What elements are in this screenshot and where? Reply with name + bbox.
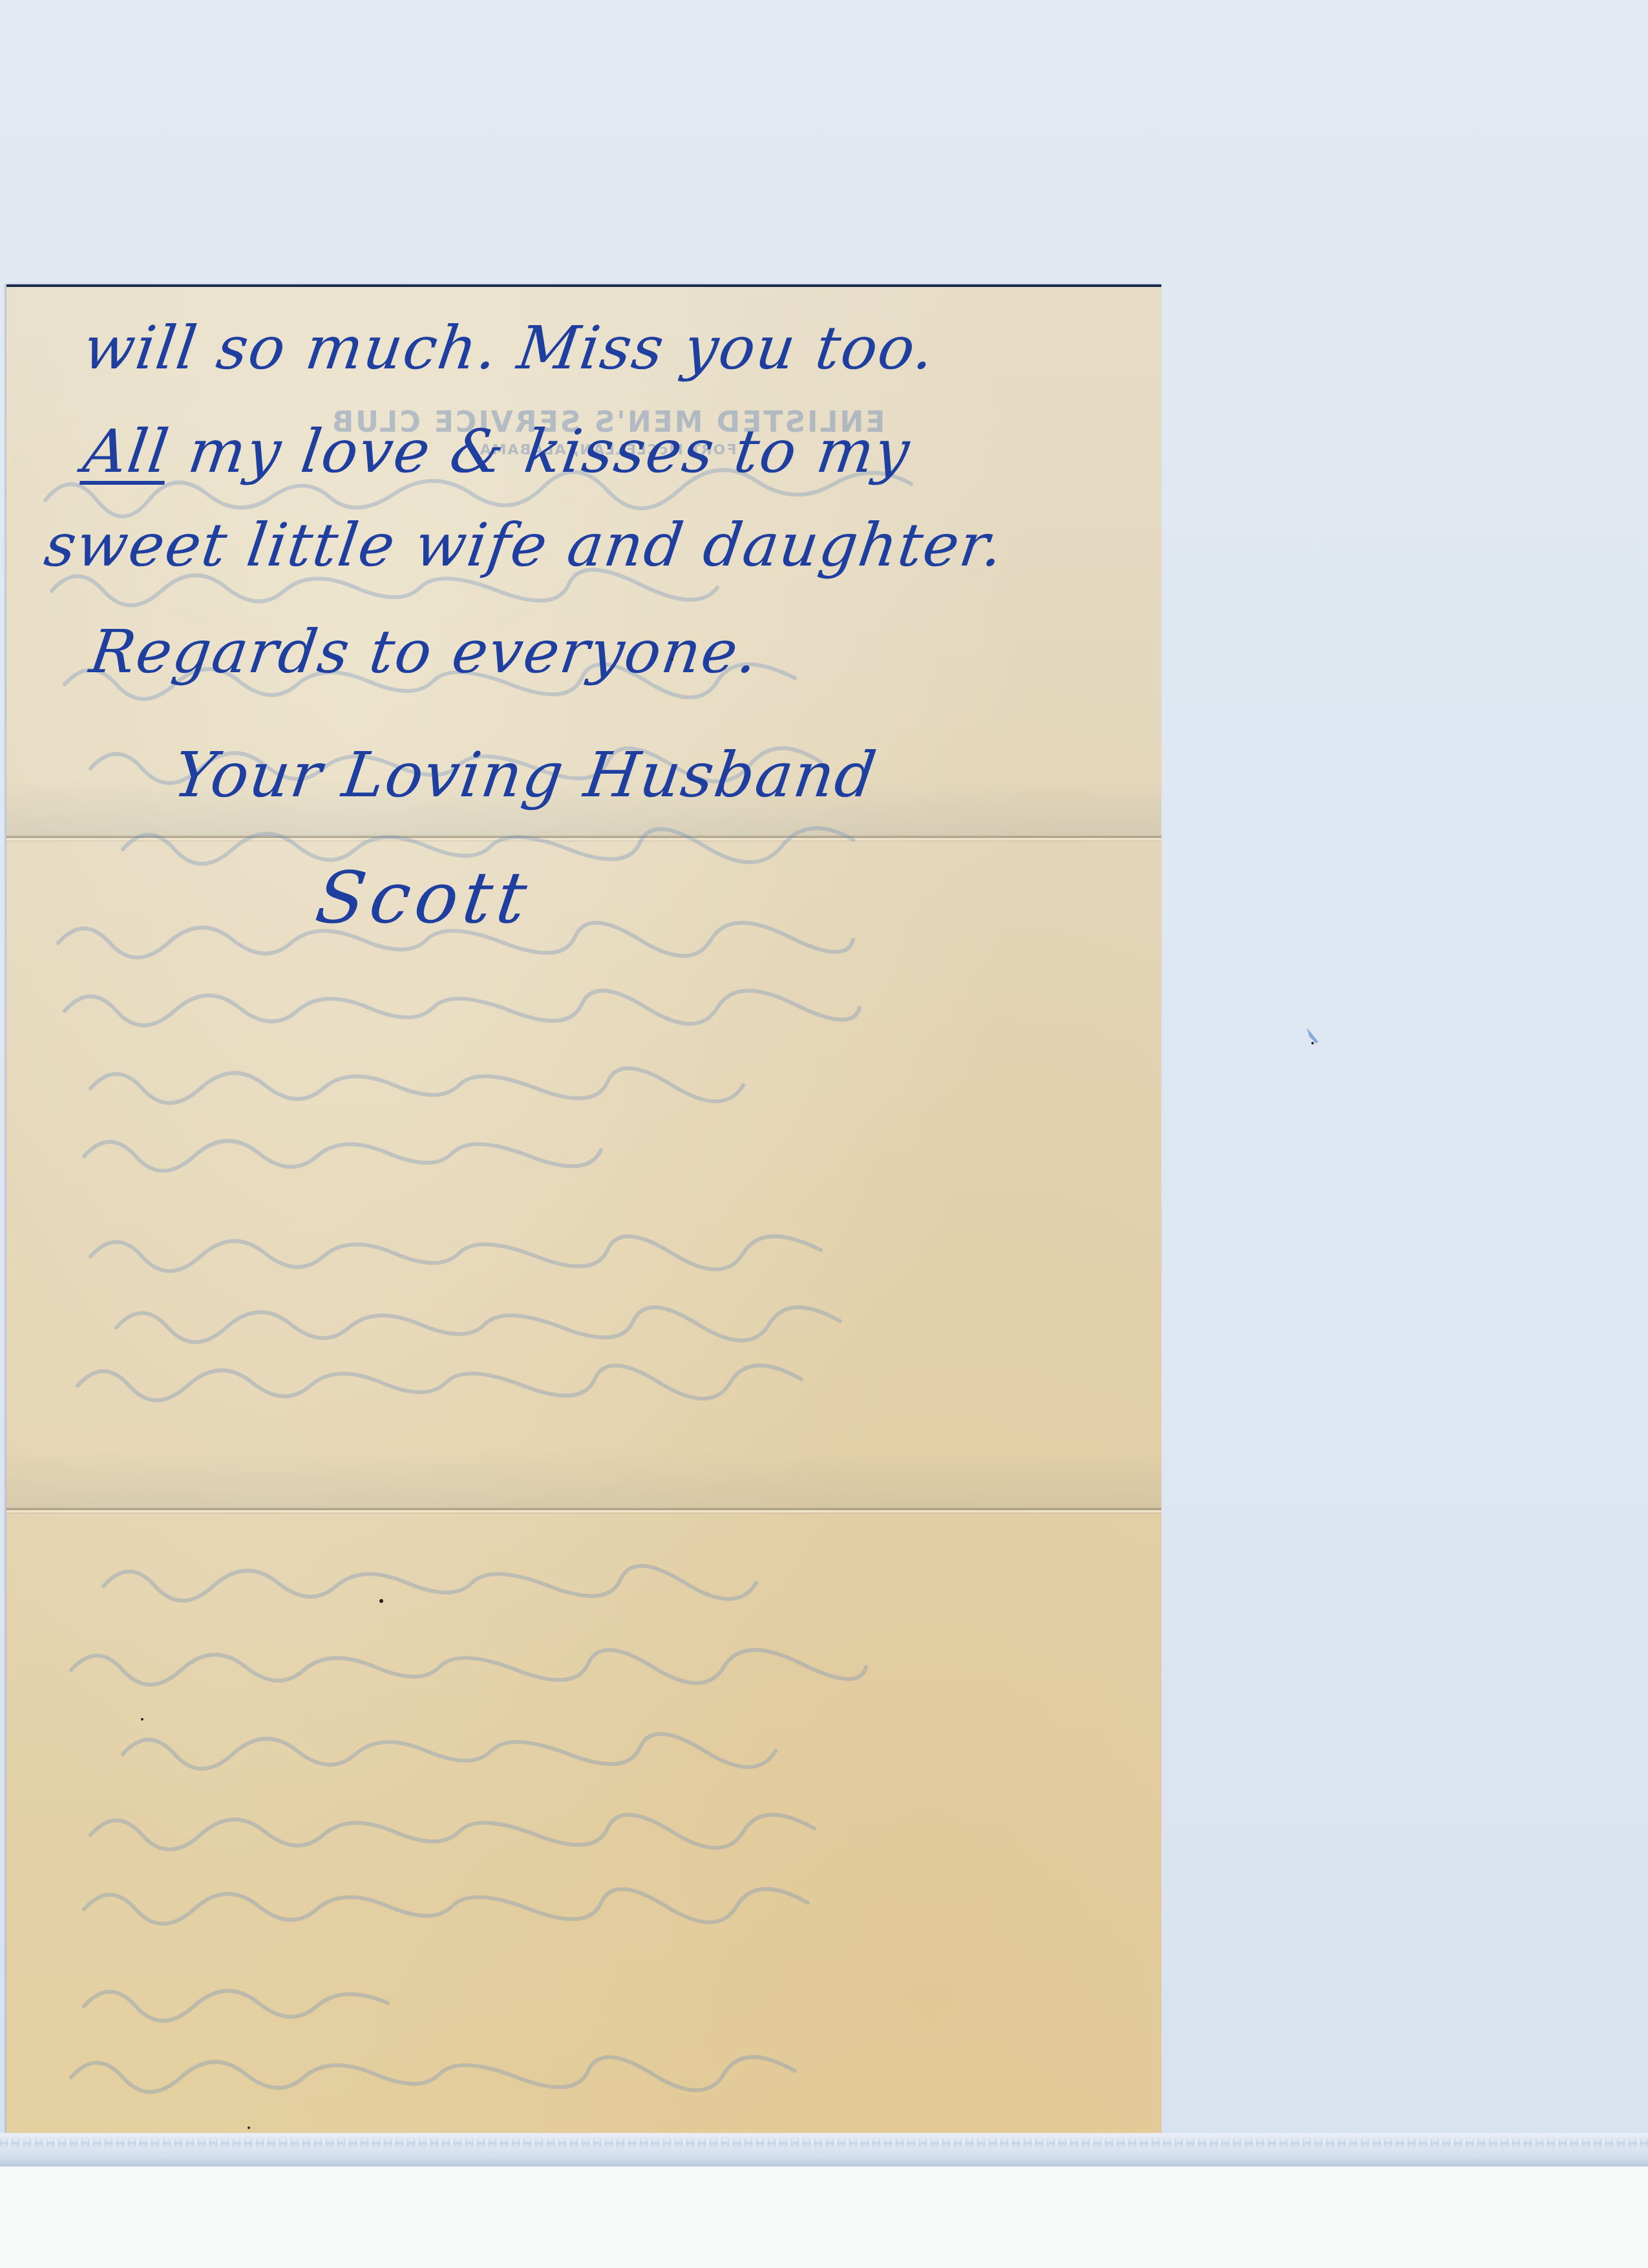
perforation-hole <box>1384 2138 1392 2147</box>
perforation-hole <box>489 2138 496 2147</box>
perforation-hole <box>1000 2138 1008 2147</box>
perforation-hole <box>233 2138 240 2147</box>
perforation-hole <box>593 2138 601 2147</box>
perforation-hole <box>1396 2138 1404 2147</box>
perforation-hole <box>1117 2138 1125 2147</box>
paper-fold-crease <box>6 1507 1161 1514</box>
perforation-hole <box>419 2138 427 2147</box>
perforation-hole <box>1605 2138 1613 2147</box>
perforation-hole <box>535 2138 543 2147</box>
perforation-hole <box>23 2138 31 2147</box>
perforation-hole <box>1489 2138 1497 2147</box>
perforation-hole <box>396 2138 403 2147</box>
perforation-hole <box>1408 2138 1415 2147</box>
perforation-hole <box>617 2138 624 2147</box>
perforation-hole <box>698 2138 706 2147</box>
perforation-hole <box>779 2138 787 2147</box>
perforation-hole <box>512 2138 520 2147</box>
perforation-hole <box>1012 2138 1020 2147</box>
perforation-hole <box>209 2138 217 2147</box>
perforation-hole <box>93 2138 101 2147</box>
perforation-hole <box>1570 2138 1578 2147</box>
perforation-hole <box>454 2138 461 2147</box>
perforation-hole <box>1303 2138 1311 2147</box>
perforation-hole <box>1501 2138 1508 2147</box>
perforation-hole <box>35 2138 43 2147</box>
perforation-hole <box>803 2138 810 2147</box>
perforation-hole <box>756 2138 764 2147</box>
paper-fold-crease <box>6 835 1161 842</box>
perforation-hole <box>1524 2138 1532 2147</box>
perforation-hole <box>186 2138 194 2147</box>
fold-shadow <box>6 1450 1161 1509</box>
perforation-hole <box>872 2138 880 2147</box>
perforation-hole <box>477 2138 485 2147</box>
perforation-hole <box>1582 2138 1590 2147</box>
perforation-hole <box>896 2138 903 2147</box>
perforation-hole <box>977 2138 985 2147</box>
perforation-hole <box>907 2138 915 2147</box>
perforation-hole <box>1280 2138 1287 2147</box>
perforation-hole <box>675 2138 682 2147</box>
perforation-hole <box>1035 2138 1043 2147</box>
perforation-hole <box>1140 2138 1148 2147</box>
perforation-hole <box>1105 2138 1113 2147</box>
perforation-hole <box>628 2138 636 2147</box>
perforation-hole <box>745 2138 752 2147</box>
perforation-hole <box>81 2138 89 2147</box>
perforation-hole <box>140 2138 147 2147</box>
perforation-hole <box>58 2138 66 2147</box>
perforation-hole <box>1268 2138 1276 2147</box>
perforation-hole <box>1361 2138 1369 2147</box>
underlined-word: All <box>79 417 174 486</box>
signature: Scott <box>312 862 536 933</box>
perforation-hole <box>1152 2138 1159 2147</box>
perforation-hole <box>1128 2138 1136 2147</box>
perforation-hole <box>105 2138 112 2147</box>
perforation-hole <box>884 2138 892 2147</box>
perforation-hole <box>547 2138 555 2147</box>
perforation-hole <box>640 2138 648 2147</box>
perforation-hole <box>198 2138 206 2147</box>
perforation-hole <box>849 2138 857 2147</box>
perforation-hole <box>163 2138 171 2147</box>
perforation-hole <box>47 2138 54 2147</box>
perforation-hole <box>372 2138 380 2147</box>
perforation-hole <box>663 2138 671 2147</box>
perforation-hole <box>1454 2138 1462 2147</box>
perforation-hole <box>942 2138 950 2147</box>
perforation-hole <box>558 2138 566 2147</box>
letter-closing: Your Loving Husband <box>169 739 882 811</box>
perforation-hole <box>686 2138 694 2147</box>
perforation-hole <box>1024 2138 1031 2147</box>
perforation-hole <box>1594 2138 1601 2147</box>
perforation-hole <box>1512 2138 1520 2147</box>
perforation-hole <box>861 2138 869 2147</box>
perforation-hole <box>838 2138 845 2147</box>
perforation-hole <box>651 2138 659 2147</box>
perforation-hole <box>954 2138 962 2147</box>
perforation-hole <box>1221 2138 1229 2147</box>
perforation-hole <box>116 2138 124 2147</box>
perforation-hole <box>1047 2138 1055 2147</box>
perforation-hole <box>244 2138 252 2147</box>
perforation-hole <box>1163 2138 1171 2147</box>
perforation-hole <box>349 2138 357 2147</box>
perforation-hole <box>314 2138 322 2147</box>
letter-line: Regards to everyone. <box>85 617 763 688</box>
perforation-hole <box>1233 2138 1241 2147</box>
letter-line: All my love & kisses to my <box>79 416 914 487</box>
perforation-hole <box>966 2138 973 2147</box>
perforation-hole <box>710 2138 717 2147</box>
perforation-hole <box>1256 2138 1264 2147</box>
perforation-hole <box>1070 2138 1078 2147</box>
perforation-hole <box>1198 2138 1206 2147</box>
perforation-hole <box>1187 2138 1194 2147</box>
perforation-hole <box>465 2138 473 2147</box>
letter-page: ENLISTED MEN'S SERVICE CLUB FORT McCLELL… <box>6 284 1161 2139</box>
perforation-hole <box>1210 2138 1218 2147</box>
perforation-hole <box>1373 2138 1380 2147</box>
perforation-hole <box>1431 2138 1439 2147</box>
perforation-hole <box>1245 2138 1252 2147</box>
perforation-hole <box>0 2138 8 2147</box>
perforation-hole <box>302 2138 310 2147</box>
perforation-hole <box>582 2138 589 2147</box>
perforation-hole <box>1349 2138 1357 2147</box>
perforation-hole <box>1629 2138 1636 2147</box>
perforation-hole <box>768 2138 776 2147</box>
perforation-hole <box>1442 2138 1450 2147</box>
perforation-hole <box>1466 2138 1474 2147</box>
perforation-hole <box>1338 2138 1346 2147</box>
perforation-hole <box>733 2138 741 2147</box>
perforation-hole <box>989 2138 997 2147</box>
perforation-hole <box>1419 2138 1427 2147</box>
perforation-hole <box>1617 2138 1625 2147</box>
perforation-hole <box>500 2138 508 2147</box>
perforation-hole <box>1093 2138 1101 2147</box>
perforation-hole <box>221 2138 229 2147</box>
letter-line-text: my love & kisses to my <box>184 417 914 486</box>
perforation-hole <box>570 2138 578 2147</box>
perforation-hole <box>1059 2138 1066 2147</box>
perforation-hole <box>128 2138 136 2147</box>
perforation-hole <box>1536 2138 1543 2147</box>
perforation-hole <box>174 2138 182 2147</box>
perforation-hole <box>1477 2138 1485 2147</box>
perforation-hole <box>1326 2138 1334 2147</box>
perforation-hole <box>1082 2138 1090 2147</box>
perforation-hole <box>1559 2138 1567 2147</box>
perforation-hole <box>1291 2138 1299 2147</box>
perforation-hole <box>1175 2138 1183 2147</box>
perforation-hole <box>1315 2138 1322 2147</box>
perforation-hole <box>430 2138 438 2147</box>
perforation-hole <box>151 2138 159 2147</box>
perforation-hole <box>826 2138 834 2147</box>
perforation-hole <box>291 2138 299 2147</box>
perforation-hole <box>384 2138 392 2147</box>
perforation-hole <box>1547 2138 1555 2147</box>
perforation-hole <box>442 2138 450 2147</box>
perforation-hole <box>721 2138 729 2147</box>
letter-line: will so much. Miss you too. <box>79 313 940 384</box>
perforation-hole <box>337 2138 345 2147</box>
perforation-hole <box>361 2138 368 2147</box>
perforation-hole <box>256 2138 264 2147</box>
sleeve-perforations <box>0 2138 1648 2151</box>
perforation-hole <box>919 2138 927 2147</box>
perforation-hole <box>279 2138 287 2147</box>
perforation-hole <box>931 2138 938 2147</box>
letter-line: sweet little wife and daughter. <box>40 510 1008 581</box>
perforation-hole <box>523 2138 531 2147</box>
perforation-hole <box>326 2138 333 2147</box>
perforation-hole <box>1640 2138 1648 2147</box>
perforation-hole <box>605 2138 613 2147</box>
perforation-hole <box>268 2138 275 2147</box>
perforation-hole <box>70 2138 78 2147</box>
perforation-hole <box>12 2138 19 2147</box>
scanner-bottom-margin <box>0 2167 1648 2268</box>
perforation-hole <box>791 2138 799 2147</box>
perforation-hole <box>407 2138 415 2147</box>
perforation-hole <box>814 2138 822 2147</box>
